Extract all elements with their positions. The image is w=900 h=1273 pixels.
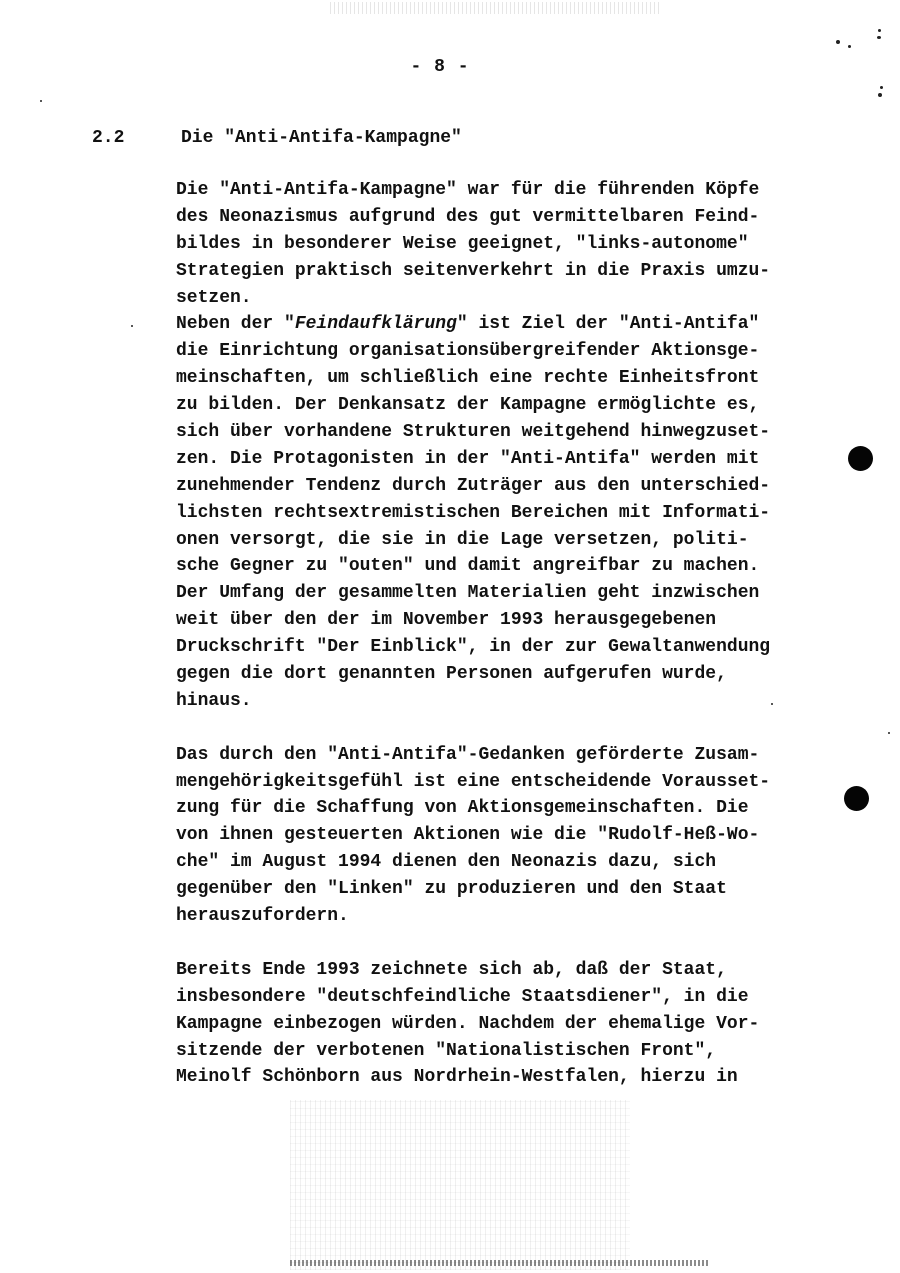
section-title: Die "Anti-Antifa-Kampagne": [181, 128, 462, 148]
text-line: zen. Die Protagonisten in der "Anti-Anti…: [176, 446, 816, 473]
text-line: zunehmender Tendenz durch Zuträger aus d…: [176, 473, 816, 500]
text-line: Das durch den "Anti-Antifa"-Gedanken gef…: [176, 742, 816, 769]
text-line: onen versorgt, die sie in die Lage verse…: [176, 527, 816, 554]
text-line: Der Umfang der gesammelten Materialien g…: [176, 580, 816, 607]
text-line: mengehörigkeitsgefühl ist eine entscheid…: [176, 769, 816, 796]
text-line: Neben der "Feindaufklärung" ist Ziel der…: [176, 311, 816, 338]
text-line: setzen.: [176, 285, 816, 312]
text-line: zung für die Schaffung von Aktionsgemein…: [176, 795, 816, 822]
section-number: 2.2: [92, 128, 124, 148]
text-line: sich über vorhandene Strukturen weitgehe…: [176, 419, 816, 446]
margin-mark-dot: [848, 446, 873, 471]
text-line: Die "Anti-Antifa-Kampagne" war für die f…: [176, 177, 816, 204]
paragraph-2: Neben der "Feindaufklärung" ist Ziel der…: [176, 311, 816, 714]
scan-speck: [836, 40, 840, 44]
paragraph-4: Bereits Ende 1993 zeichnete sich ab, daß…: [176, 957, 816, 1091]
text-line: gegen die dort genannten Personen aufger…: [176, 661, 816, 688]
scan-speck: [877, 36, 881, 39]
text-line: weit über den der im November 1993 herau…: [176, 607, 816, 634]
text-line: che" im August 1994 dienen den Neonazis …: [176, 849, 816, 876]
scanned-document-page: - 8 - 2.2 Die "Anti-Antifa-Kampagne" Die…: [0, 0, 900, 1273]
text-line: die Einrichtung organisationsübergreifen…: [176, 338, 816, 365]
scan-noise-top: [330, 2, 660, 14]
text-line: insbesondere "deutschfeindliche Staatsdi…: [176, 984, 816, 1011]
page-number: - 8 -: [410, 57, 470, 77]
text-line: herauszufordern.: [176, 903, 816, 930]
text-line: hinaus.: [176, 688, 816, 715]
scan-speck: [878, 93, 882, 97]
text-line: zu bilden. Der Denkansatz der Kampagne e…: [176, 392, 816, 419]
italic-phrase: Feindaufklärung: [295, 314, 457, 334]
text-line: sitzende der verbotenen "Nationalistisch…: [176, 1038, 816, 1065]
text-line: Meinolf Schönborn aus Nordrhein-Westfale…: [176, 1064, 816, 1091]
text-line: lichsten rechtsextremistischen Bereichen…: [176, 500, 816, 527]
scan-speck: [888, 732, 890, 734]
text-line: Strategien praktisch seitenverkehrt in d…: [176, 258, 816, 285]
scan-speck: [848, 45, 851, 48]
scan-speck: [771, 703, 773, 705]
scan-speck: [40, 100, 42, 102]
text-line: meinschaften, um schließlich eine rechte…: [176, 365, 816, 392]
scan-speck: [131, 325, 133, 327]
body-text: Die "Anti-Antifa-Kampagne" war für die f…: [176, 177, 816, 1091]
scan-noise-bottom: [290, 1100, 630, 1270]
section-heading: 2.2 Die "Anti-Antifa-Kampagne": [92, 128, 135, 208]
text-line: sche Gegner zu "outen" und damit angreif…: [176, 553, 816, 580]
text-line: gegenüber den "Linken" zu produzieren un…: [176, 876, 816, 903]
text-line: von ihnen gesteuerten Aktionen wie die "…: [176, 822, 816, 849]
text-line: Druckschrift "Der Einblick", in der zur …: [176, 634, 816, 661]
scan-speck: [880, 86, 883, 89]
text-line: Bereits Ende 1993 zeichnete sich ab, daß…: [176, 957, 816, 984]
scan-speck: [878, 29, 881, 32]
paragraph-3: Das durch den "Anti-Antifa"-Gedanken gef…: [176, 742, 816, 930]
margin-mark-dot: [844, 786, 869, 811]
text-line: Kampagne einbezogen würden. Nachdem der …: [176, 1011, 816, 1038]
scan-noise-bottom-edge: [290, 1260, 710, 1266]
text-line: bildes in besonderer Weise geeignet, "li…: [176, 231, 816, 258]
text-line: des Neonazismus aufgrund des gut vermitt…: [176, 204, 816, 231]
paragraph-1: Die "Anti-Antifa-Kampagne" war für die f…: [176, 177, 816, 311]
